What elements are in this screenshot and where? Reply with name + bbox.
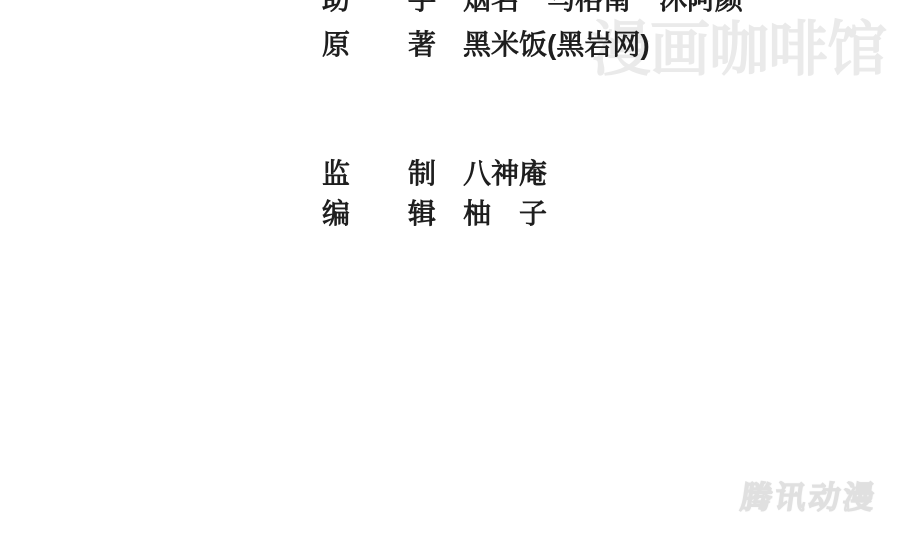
credit-line-assistant: 助 手 烟名 马格南 沐阿颜 [322,0,353,16]
editor-role-char-1: 编 [322,200,350,228]
assistant-role-char-2: 手 [408,0,436,14]
credit-line-editor: 编 辑 柚 子 [322,200,353,230]
assistant-role-char-1: 助 [322,0,350,14]
assistant-names: 烟名 马格南 沐阿颜 [463,0,743,14]
editor-role-char-2: 辑 [408,200,436,228]
credit-line-supervisor: 监 制 八神庵 [322,160,353,190]
comic-credits-page: 漫画咖啡馆 助 手 烟名 马格南 沐阿颜 原 著 黑米饭(黑岩网) 监 制 八神… [0,0,900,534]
supervisor-role-char-2: 制 [408,160,436,188]
author-names: 黑米饭(黑岩网) [463,31,650,59]
supervisor-role-char-1: 监 [322,160,350,188]
credit-line-original-author: 原 著 黑米饭(黑岩网) [322,31,353,61]
supervisor-names: 八神庵 [463,160,547,188]
author-role-char-2: 著 [408,31,436,59]
tencent-comics-logo: 腾讯动漫 [738,479,879,516]
editor-names: 柚 子 [463,200,547,228]
author-role-char-1: 原 [322,31,350,59]
